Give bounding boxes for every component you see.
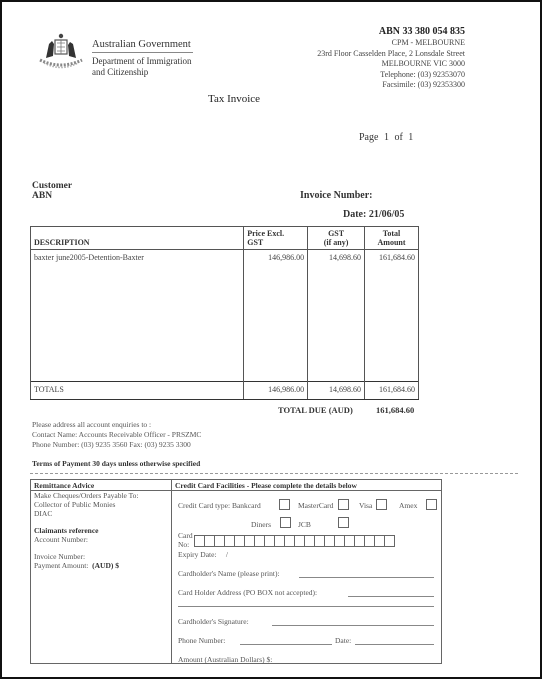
total-due-label: TOTAL DUE (AUD) bbox=[278, 405, 353, 415]
payable-to-line: Collector of Public Monies bbox=[31, 500, 171, 509]
mastercard-checkbox[interactable] bbox=[338, 499, 349, 510]
totals-row: TOTALS 146,986.00 14,698.60 161,684.60 bbox=[31, 382, 419, 400]
enquiries-line: Please address all account enquiries to … bbox=[32, 420, 201, 430]
credit-card-header: Credit Card Facilities - Please complete… bbox=[172, 480, 441, 491]
credit-card-section: Credit Card Facilities - Please complete… bbox=[172, 480, 441, 663]
enquiries-block: Please address all account enquiries to … bbox=[32, 420, 201, 450]
cell-total: 161,684.60 bbox=[365, 250, 419, 382]
payment-amount-label: Payment Amount: bbox=[34, 561, 88, 570]
invoice-number-label: Invoice Number: bbox=[300, 190, 373, 201]
cardholder-name-field[interactable] bbox=[299, 577, 434, 578]
visa-checkbox[interactable] bbox=[376, 499, 387, 510]
customer-label: Customer bbox=[32, 181, 72, 191]
diners-checkbox[interactable] bbox=[280, 517, 291, 528]
enquiries-line: Phone Number: (03) 9235 3560 Fax: (03) 9… bbox=[32, 440, 201, 450]
date-label: Date: bbox=[335, 636, 351, 645]
phone-number-label: Phone Number: bbox=[178, 636, 225, 645]
header-price-excl-gst: Price Excl.GST bbox=[244, 227, 308, 250]
jcb-checkbox[interactable] bbox=[338, 517, 349, 528]
account-number-label: Account Number: bbox=[31, 535, 171, 544]
enquiries-line: Contact Name: Accounts Receivable Office… bbox=[32, 430, 201, 440]
cardholder-signature-field[interactable] bbox=[272, 625, 434, 626]
visa-label: Visa bbox=[359, 501, 372, 510]
cell-description: baxter june2005-Detention-Baxter bbox=[31, 250, 244, 382]
remittance-advice: Remittance Advice Make Cheques/Orders Pa… bbox=[31, 480, 172, 663]
sender-address: ABN 33 380 054 835 CPM - MELBOURNE 23rd … bbox=[317, 26, 465, 91]
address-line: CPM - MELBOURNE bbox=[317, 38, 465, 49]
claimants-reference: Claimants reference bbox=[31, 526, 171, 535]
cardholder-address-field-line2[interactable] bbox=[178, 606, 434, 607]
totals-total: 161,684.60 bbox=[365, 382, 419, 400]
invoice-number-field-label: Invoice Number: bbox=[31, 552, 171, 561]
date-field[interactable] bbox=[355, 644, 434, 645]
amex-checkbox[interactable] bbox=[426, 499, 437, 510]
remittance-form: Remittance Advice Make Cheques/Orders Pa… bbox=[30, 479, 442, 664]
cell-gst: 14,698.60 bbox=[308, 250, 365, 382]
document-title: Tax Invoice bbox=[208, 93, 260, 105]
amex-label: Amex bbox=[399, 501, 417, 510]
amount-label: Amount (Australian Dollars) $: bbox=[178, 655, 272, 664]
total-due-value: 161,684.60 bbox=[376, 405, 414, 415]
address-line: Telephone: (03) 92353070 bbox=[317, 70, 465, 81]
cardholder-address-label: Card Holder Address (PO BOX not accepted… bbox=[178, 588, 317, 597]
expiry-date-row[interactable]: Expiry Date: / bbox=[178, 550, 228, 559]
payable-to-label: Make Cheques/Orders Payable To: bbox=[31, 491, 171, 500]
address-line: Facsimile: (03) 92353300 bbox=[317, 80, 465, 91]
address-line: 23rd Floor Casselden Place, 2 Lonsdale S… bbox=[317, 49, 465, 60]
department-name: Department of Immigration and Citizenshi… bbox=[92, 56, 191, 78]
remittance-header: Remittance Advice bbox=[31, 480, 171, 491]
phone-number-field[interactable] bbox=[240, 644, 332, 645]
abn-label: ABN bbox=[32, 191, 72, 201]
cardholder-address-field[interactable] bbox=[348, 596, 434, 597]
bankcard-checkbox[interactable] bbox=[279, 499, 290, 510]
tear-off-line bbox=[30, 473, 518, 474]
cardholder-signature-label: Cardholder's Signature: bbox=[178, 617, 249, 626]
payment-amount-row: Payment Amount: (AUD) $ bbox=[31, 561, 171, 570]
org-divider bbox=[92, 52, 193, 53]
table-header-row: DESCRIPTION Price Excl.GST GST(if any) T… bbox=[31, 227, 419, 250]
totals-price-excl-gst: 146,986.00 bbox=[244, 382, 308, 400]
coat-of-arms-icon bbox=[36, 30, 86, 72]
card-digit-box[interactable] bbox=[384, 535, 395, 547]
department-line-1: Department of Immigration bbox=[92, 56, 191, 67]
totals-gst: 14,698.60 bbox=[308, 382, 365, 400]
totals-label: TOTALS bbox=[31, 382, 244, 400]
header-gst: GST(if any) bbox=[308, 227, 365, 250]
card-type-label: Credit Card type: Bankcard bbox=[178, 501, 261, 510]
header-total-amount: TotalAmount bbox=[365, 227, 419, 250]
card-number-input[interactable] bbox=[194, 535, 394, 547]
customer-block: Customer ABN bbox=[32, 181, 72, 201]
table-row: baxter june2005-Detention-Baxter 146,986… bbox=[31, 250, 419, 382]
card-number-label: CardNo: bbox=[178, 531, 193, 549]
payment-amount-currency: (AUD) $ bbox=[92, 561, 119, 570]
payment-terms: Terms of Payment 30 days unless otherwis… bbox=[32, 459, 200, 468]
department-line-2: and Citizenship bbox=[92, 67, 191, 78]
sender-abn: ABN 33 380 054 835 bbox=[317, 26, 465, 38]
payable-to-line: DIAC bbox=[31, 509, 171, 518]
diners-label: Diners bbox=[251, 520, 271, 529]
page-number: Page 1 of 1 bbox=[359, 132, 413, 143]
invoice-date: Date: 21/06/05 bbox=[343, 209, 404, 220]
address-line: MELBOURNE VIC 3000 bbox=[317, 59, 465, 70]
items-table: DESCRIPTION Price Excl.GST GST(if any) T… bbox=[30, 226, 419, 400]
org-name: Australian Government bbox=[92, 39, 191, 50]
header-description: DESCRIPTION bbox=[31, 227, 244, 250]
jcb-label: JCB bbox=[298, 520, 311, 529]
cardholder-name-label: Cardholder's Name (please print): bbox=[178, 569, 280, 578]
cell-price-excl-gst: 146,986.00 bbox=[244, 250, 308, 382]
mastercard-label: MasterCard bbox=[298, 501, 333, 510]
